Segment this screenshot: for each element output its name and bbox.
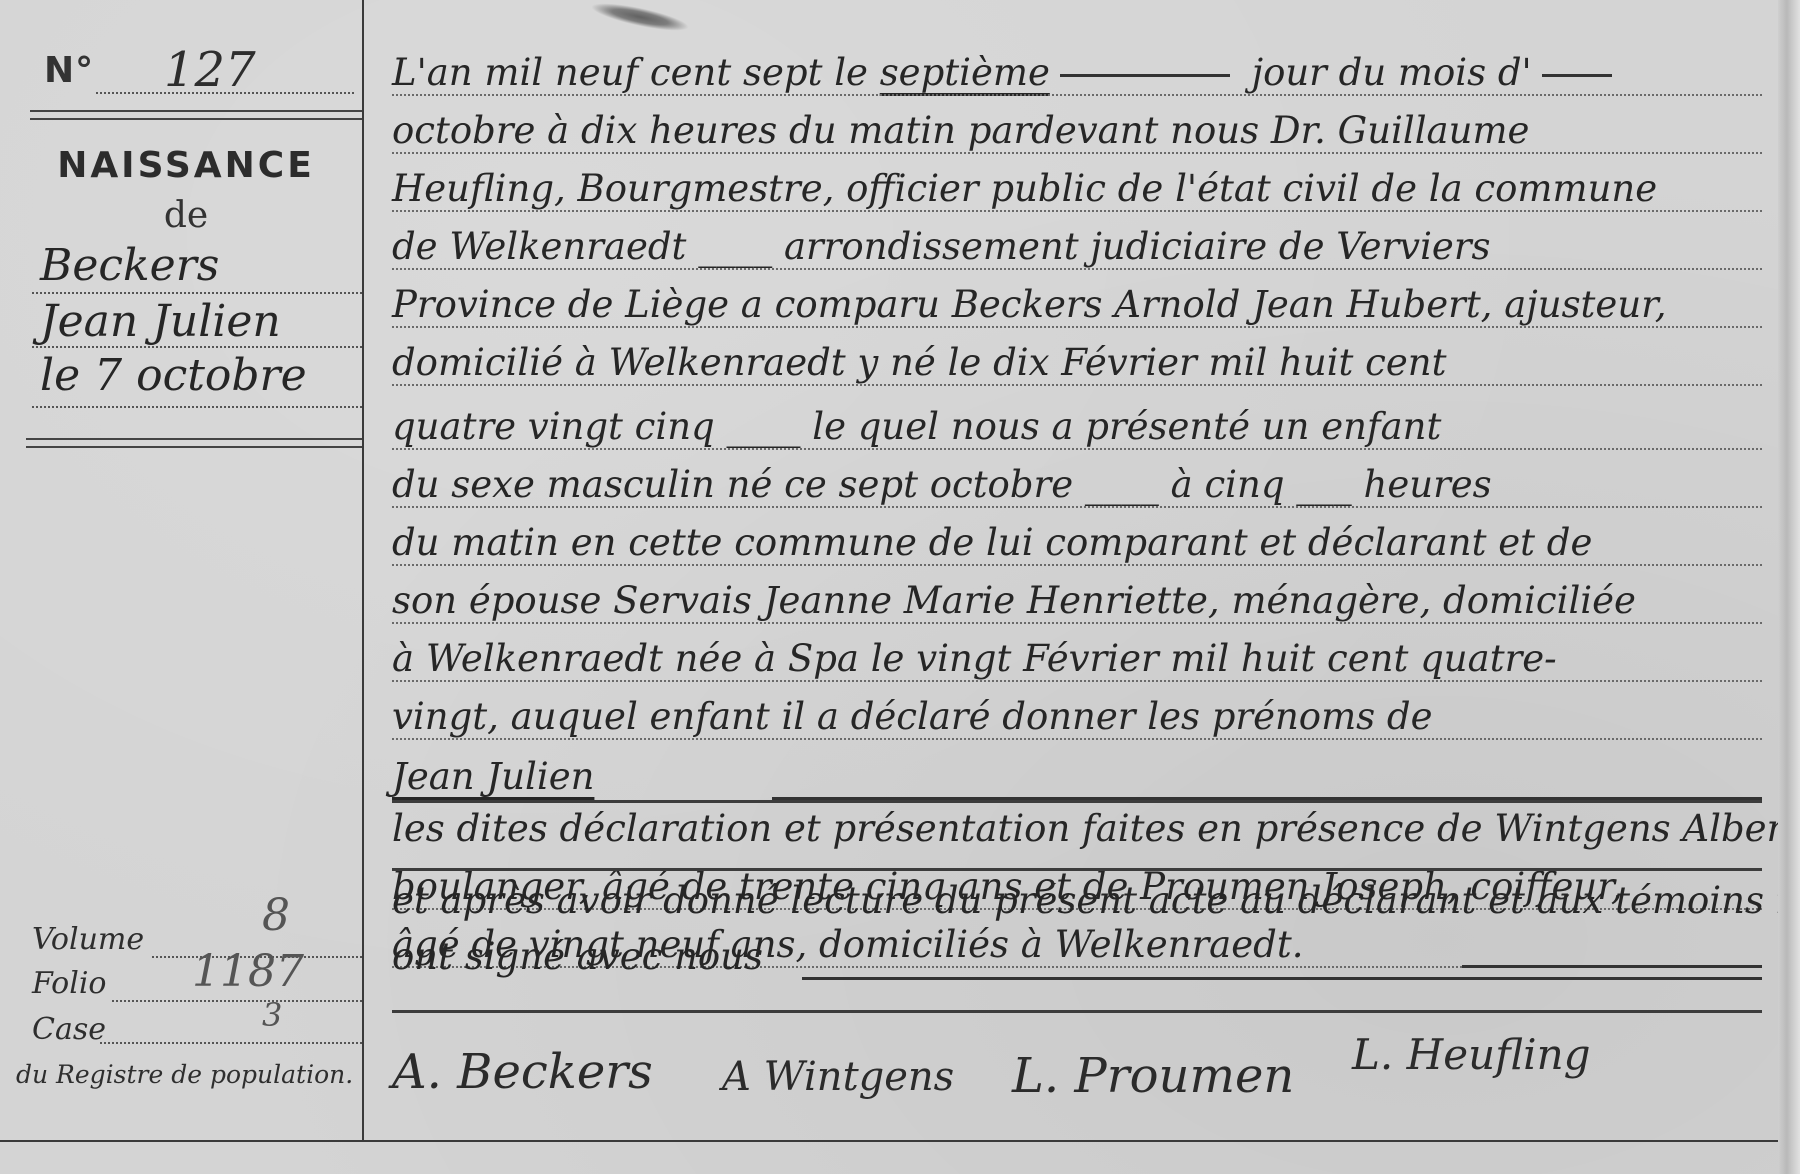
case-label: Case [32, 1012, 106, 1047]
act-line-11: à Welkenraedt née à Spa le vingt Février… [392, 638, 1762, 686]
double-rule [26, 438, 362, 448]
dotted-line [112, 1000, 362, 1002]
folio-label: Folio [32, 966, 107, 1001]
signature-officer: L. Heufling [1352, 1030, 1591, 1079]
volume-value: 8 [262, 890, 290, 941]
act-line-10: son épouse Servais Jeanne Marie Henriett… [392, 580, 1762, 628]
blank-fill [1060, 74, 1230, 77]
act-line-5: Province de Liège a comparu Beckers Arno… [392, 284, 1762, 332]
dotted-line [32, 346, 362, 348]
margin-column: N° 127 NAISSANCE de Beckers Jean Julien … [0, 0, 362, 1140]
case-value: 3 [262, 996, 282, 1034]
column-divider [362, 0, 364, 1142]
number-label: N° [44, 50, 94, 91]
dotted-line [32, 292, 362, 294]
page-edge [1778, 0, 1800, 1174]
folio-value: 1187 [192, 946, 304, 997]
closing-line-2: ont signé avec nous [392, 936, 1762, 984]
act-line-6: domicilié à Welkenraedt y né le dix Févr… [392, 342, 1762, 390]
bottom-rule [0, 1140, 1800, 1142]
section-rule [392, 800, 1762, 803]
double-rule [30, 110, 362, 120]
section-rule [392, 868, 1762, 871]
act-number: N° 127 [44, 48, 354, 98]
margin-surname: Beckers [40, 240, 340, 291]
register-label: du Registre de population. [16, 1060, 353, 1089]
signature-declarant: A. Beckers [392, 1044, 653, 1100]
act-line-12: vingt, auquel enfant il a déclaré donner… [392, 696, 1762, 744]
blank-fill [802, 977, 1762, 980]
act-line-8: du sexe masculin né ce sept octobre ____… [392, 464, 1762, 512]
act-line-7: quatre vingt cinq ____ le quel nous a pr… [392, 406, 1762, 454]
dotted-line [32, 406, 362, 408]
act-line-4: de Welkenraedt ____ arrondissement judic… [392, 226, 1762, 274]
act-line-9: du matin en cette commune de lui compara… [392, 522, 1762, 570]
signature-witness-2: L. Proumen [1012, 1048, 1294, 1104]
dotted-line [100, 1042, 362, 1044]
act-line-3: Heufling, Bourgmestre, officier public d… [392, 168, 1762, 216]
section-rule [392, 1010, 1762, 1013]
witness-line-1: les dites déclaration et présentation fa… [392, 808, 1762, 856]
closing-line-1: et après avoir donné lecture du présent … [392, 880, 1762, 928]
act-line-prenoms: Jean Julien [392, 756, 1762, 804]
dotted-line [96, 92, 354, 94]
signatures: A. Beckers A Wintgens L. Proumen L. Heuf… [392, 1030, 1762, 1120]
ink-blot [589, 0, 691, 36]
register-page: N° 127 NAISSANCE de Beckers Jean Julien … [0, 0, 1800, 1174]
margin-date: le 7 octobre [40, 350, 340, 401]
volume-label: Volume [32, 922, 144, 957]
signature-witness-1: A Wintgens [722, 1054, 954, 1100]
act-line-1: L'an mil neuf cent sept le septième jour… [392, 52, 1762, 100]
act-line-2: octobre à dix heures du matin pardevant … [392, 110, 1762, 158]
heading-de: de [30, 195, 342, 236]
blank-fill [1542, 74, 1612, 77]
margin-given-names: Jean Julien [40, 296, 340, 347]
heading-naissance: NAISSANCE [30, 145, 342, 186]
number-value: 127 [164, 42, 256, 98]
